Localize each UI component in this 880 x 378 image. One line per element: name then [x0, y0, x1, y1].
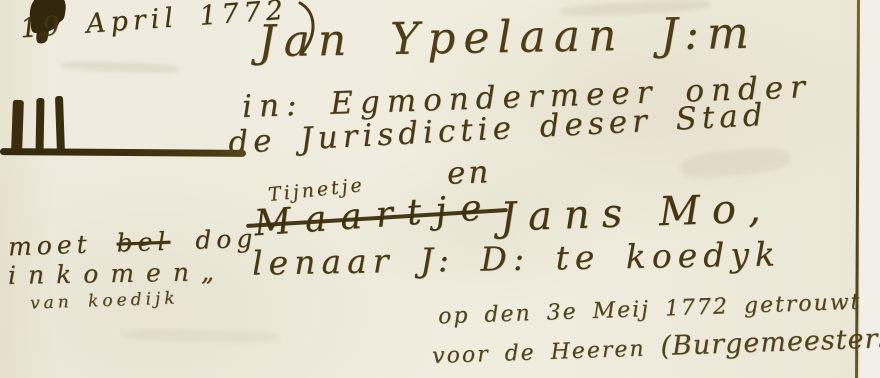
bride-surname-status-line: lenaar J: D: te koedyk — [252, 237, 781, 279]
officials-burgemeesters: (Burgemeesters — [660, 323, 880, 362]
page-edge-strip — [860, 0, 880, 378]
tally-mark — [36, 98, 45, 153]
conjunction-en: en — [446, 157, 491, 190]
margin-struck-word: bel — [116, 227, 171, 258]
officials-prefix: voor de Heeren — [432, 336, 661, 369]
bride-patronymic: Jans Mo, — [499, 188, 773, 237]
margin-word-dog: dog — [195, 224, 258, 255]
bleed-through-mark — [679, 144, 791, 181]
tally-mark — [11, 100, 24, 152]
marriage-officials-line: voor de Heeren (Burgemeesters — [432, 325, 880, 368]
groom-name-line: Jan Ypelaan J:m — [258, 12, 757, 65]
bleed-through-mark — [60, 60, 180, 74]
marriage-date-line: op den 3e Meij 1772 getrouwt — [438, 292, 862, 329]
margin-note-line-1: moet bel dog — [8, 226, 258, 260]
margin-word-moet: moet — [8, 229, 93, 261]
tally-underline — [0, 148, 246, 157]
margin-note-line-3: van koedijk — [30, 290, 179, 312]
margin-note-line-2: inkomen„ — [8, 259, 226, 288]
manuscript-page: 19 April 1772 Jan Ypelaan J:m in: Egmond… — [0, 0, 880, 378]
bleed-through-mark — [120, 329, 280, 344]
tally-mark — [55, 96, 65, 154]
